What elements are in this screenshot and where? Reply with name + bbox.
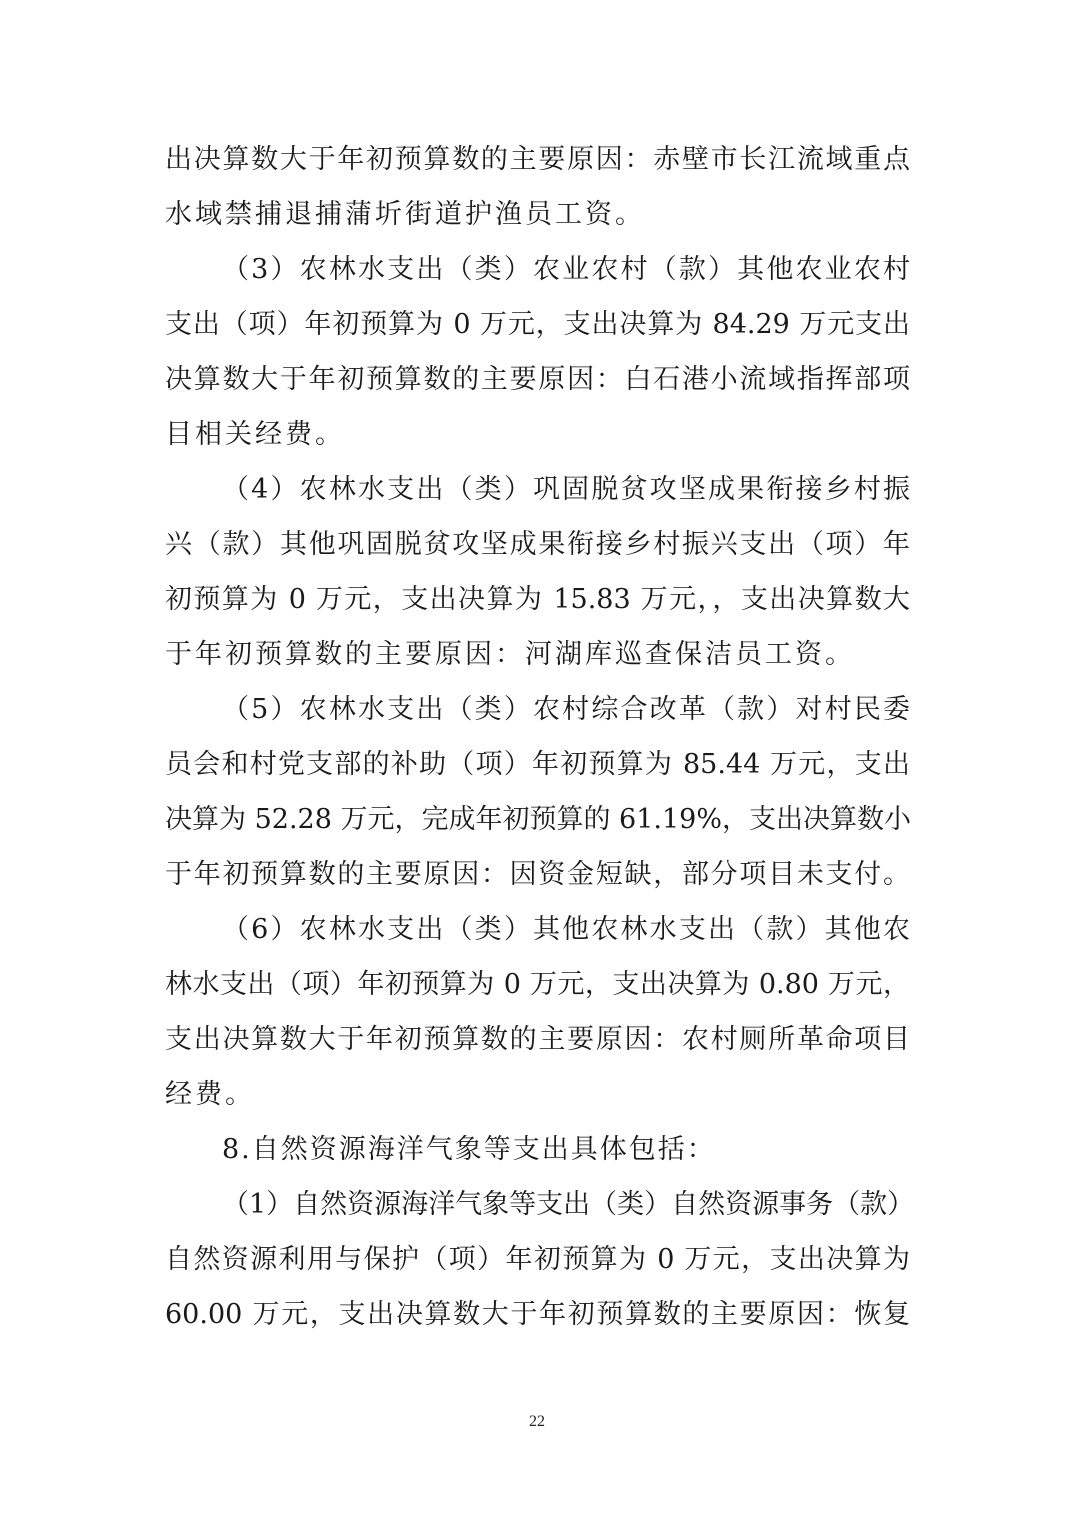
text-line: 出决算数大于年初预算数的主要原因：赤壁市长江流域重点	[165, 140, 910, 180]
document-page: 出决算数大于年初预算数的主要原因：赤壁市长江流域重点 水域禁捕退捕蒲圻街道护渔员…	[0, 0, 1074, 1520]
paragraph-3-start: （3）农林水支出（类）农业农村（款）其他农业农村	[222, 250, 910, 290]
text-line: 员会和村党支部的补助（项）年初预算为 85.44 万元，支出	[165, 745, 910, 785]
text-line: 于年初预算数的主要原因：河湖库巡查保洁员工资。	[165, 635, 910, 675]
paragraph-8-1-start: （1）自然资源海洋气象等支出（类）自然资源事务（款）	[222, 1185, 910, 1225]
section-heading-8: 8.自然资源海洋气象等支出具体包括：	[222, 1130, 722, 1170]
text-line: 初预算为 0 万元，支出决算为 15.83 万元，，支出决算数大	[165, 580, 910, 620]
text-line: 60.00 万元，支出决算数大于年初预算数的主要原因：恢复	[165, 1295, 910, 1335]
text-line: 支出决算数大于年初预算数的主要原因：农村厕所革命项目	[165, 1020, 910, 1060]
page-number: 22	[0, 1413, 1074, 1431]
text-line: 于年初预算数的主要原因：因资金短缺，部分项目未支付。	[165, 855, 910, 895]
text-line: 决算数大于年初预算数的主要原因：白石港小流域指挥部项	[165, 360, 910, 400]
text-line: 目相关经费。	[165, 415, 910, 455]
text-line: 经费。	[165, 1075, 910, 1115]
text-line: 决算为 52.28 万元，完成年初预算的 61.19%，支出决算数小	[165, 800, 910, 840]
paragraph-4-start: （4）农林水支出（类）巩固脱贫攻坚成果衔接乡村振	[222, 470, 910, 510]
text-line: 自然资源利用与保护（项）年初预算为 0 万元，支出决算为	[165, 1240, 910, 1280]
text-line: 兴（款）其他巩固脱贫攻坚成果衔接乡村振兴支出（项）年	[165, 525, 910, 565]
text-line: 林水支出（项）年初预算为 0 万元，支出决算为 0.80 万元，	[165, 965, 910, 1005]
paragraph-5-start: （5）农林水支出（类）农村综合改革（款）对村民委	[222, 690, 910, 730]
paragraph-6-start: （6）农林水支出（类）其他农林水支出（款）其他农	[222, 910, 910, 950]
text-line: 支出（项）年初预算为 0 万元，支出决算为 84.29 万元支出	[165, 305, 910, 345]
text-line: 水域禁捕退捕蒲圻街道护渔员工资。	[165, 195, 910, 235]
